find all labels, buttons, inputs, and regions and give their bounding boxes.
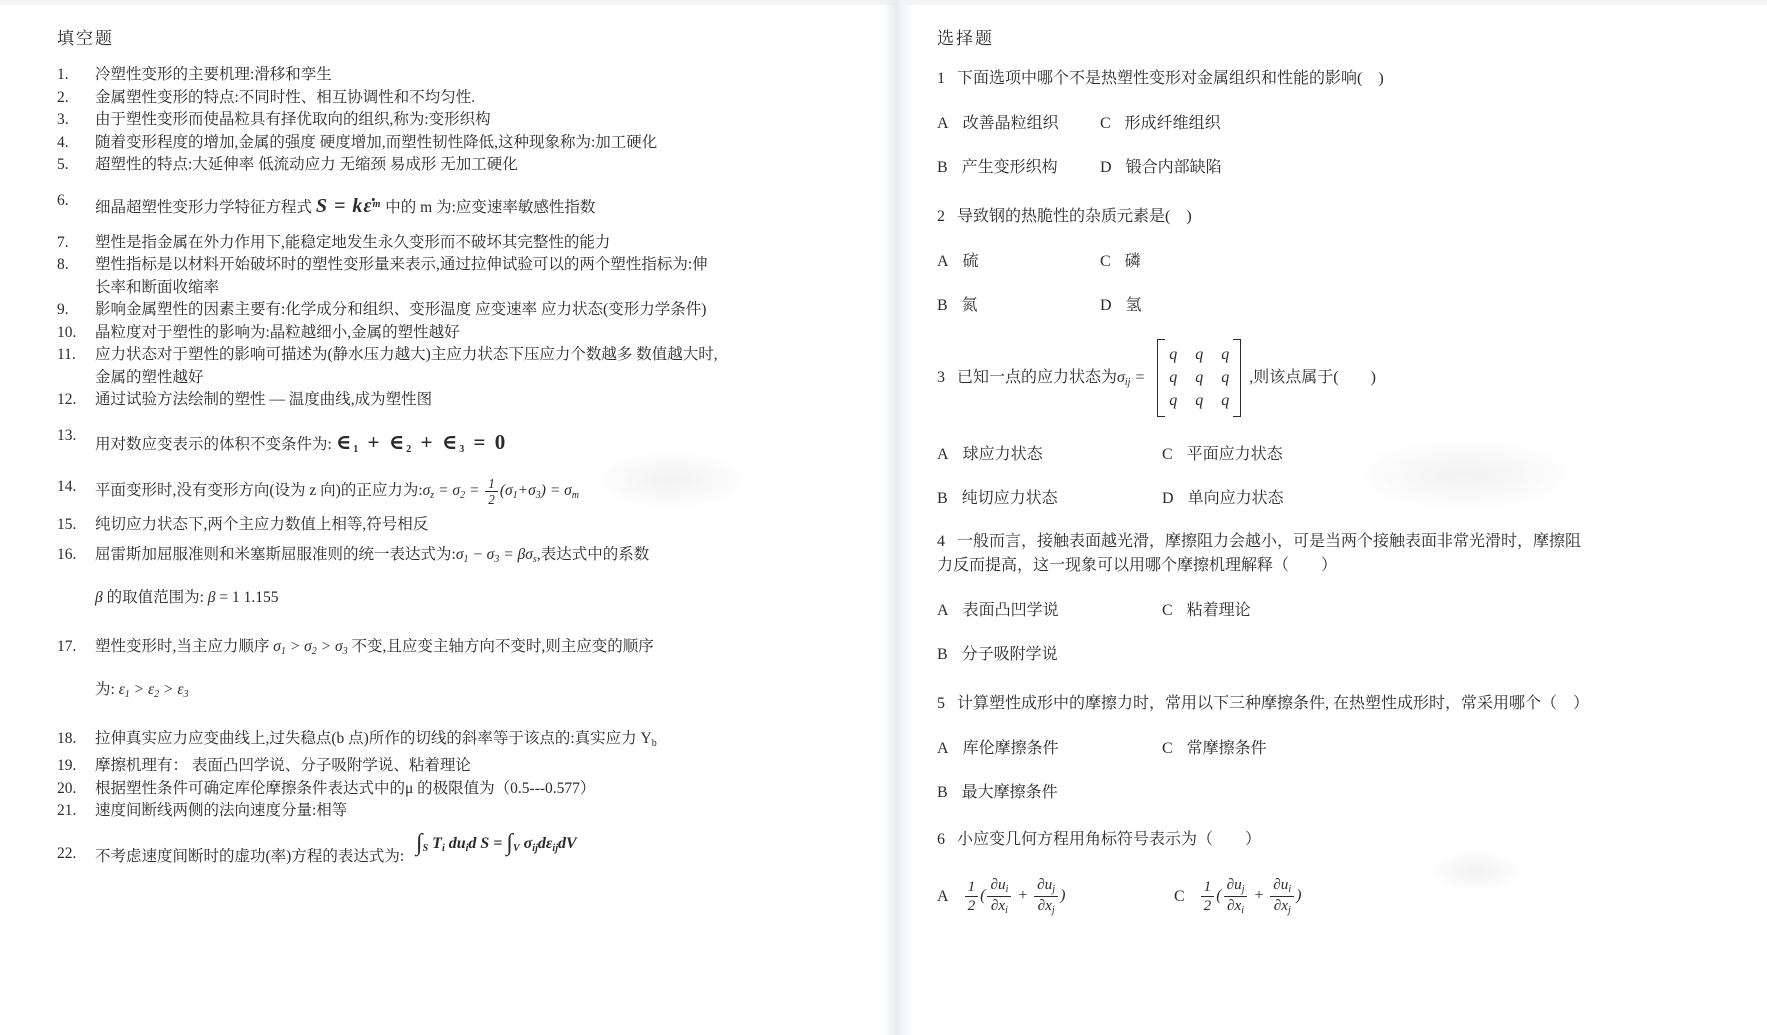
question-text: 已知一点的应力状态为σij = qqqqqqqqq,则该点属于( ) <box>957 369 1376 386</box>
question-text: 小应变几何方程用角标符号表示为（ ） <box>957 831 1261 848</box>
item-text: 摩擦机理有： 表面凸凹学说、分子吸附学说、粘着理论 <box>95 755 719 778</box>
question-item: 1.冷塑性变形的主要机理:滑移和孪生 <box>57 64 884 87</box>
option: B产生变形织构 <box>937 156 1100 179</box>
option: B纯切应力状态 <box>937 487 1162 510</box>
question-block: 4一般而言，接触表面越光滑，摩擦阻力会越小，可是当两个接触表面非常光滑时，摩擦阻… <box>937 530 1767 666</box>
option-text: 单向应力状态 <box>1188 487 1284 510</box>
question-stem: 3已知一点的应力状态为σij = qqqqqqqqq,则该点属于( ) <box>937 339 1585 417</box>
question-block: 6小应变几何方程用角标符号表示为（ ） A12(∂ui∂xi + ∂uj∂xj)… <box>937 828 1767 916</box>
item-text: 用对数应变表示的体积不变条件为: ∈1 + ∈2 + ∈3 = 0 <box>95 425 719 467</box>
item-text: 纯切应力状态下,两个主应力数值上相等,符号相反 <box>95 514 719 537</box>
item-text: 金属塑性变形的特点:不同时性、相互协调性和不均匀性. <box>95 87 719 110</box>
option: B分子吸附学说 <box>937 643 1162 666</box>
item-text: 塑性指标是以材料开始破坏时的塑性变形量来表示,通过拉伸试验可以的两个塑性指标为:… <box>95 254 719 299</box>
item-number: 22. <box>57 843 95 874</box>
question-number: 5 <box>937 695 945 712</box>
option-row: B产生变形织构 D锻合内部缺陷 <box>937 156 1767 179</box>
question-item: 9.影响金属塑性的因素主要有:化学成分和组织、变形温度 应变速率 应力状态(变形… <box>57 299 884 322</box>
option: A表面凸凹学说 <box>937 599 1162 622</box>
option-label: C <box>1100 250 1111 273</box>
item-number: 6. <box>57 190 95 221</box>
option-text: 磷 <box>1125 250 1141 273</box>
question-item: 19.摩擦机理有： 表面凸凹学说、分子吸附学说、粘着理论 <box>57 755 884 778</box>
item-number: 9. <box>57 299 95 322</box>
option-formula: 12(∂ui∂xi + ∂uj∂xj) <box>963 876 1066 916</box>
option-text: 锻合内部缺陷 <box>1126 156 1222 179</box>
item-number: 21. <box>57 800 95 823</box>
option: A改善晶粒组织 <box>937 112 1100 135</box>
item-text: 屈雷斯加屈服准则和米塞斯屈服准则的统一表达式为:σ1 − σ3 = βσs,表达… <box>95 544 719 610</box>
option-row: A硫 C磷 <box>937 250 1767 273</box>
option: D锻合内部缺陷 <box>1100 156 1222 179</box>
item-number: 18. <box>57 728 95 756</box>
question-block: 2导致钢的热脆性的杂质元素是( ) A硫 C磷 B氮 D氢 <box>937 205 1767 317</box>
question-block: 3已知一点的应力状态为σij = qqqqqqqqq,则该点属于( ) A球应力… <box>937 339 1767 510</box>
item-text: 细晶超塑性变形力学特征方程式 S = kε̇m 中的 m 为:应变速率敏感性指数 <box>95 190 719 221</box>
option-text: 氢 <box>1126 294 1142 317</box>
option-text: 粘着理论 <box>1187 599 1251 622</box>
question-stem: 5计算塑性成形中的摩擦力时，常用以下三种摩擦条件, 在热塑性成形时，常采用哪个（… <box>937 692 1585 716</box>
option-text: 平面应力状态 <box>1187 443 1283 466</box>
item-number: 17. <box>57 636 95 707</box>
item-number: 15. <box>57 514 95 537</box>
option-label: C <box>1174 885 1185 908</box>
item-text: 塑性变形时,当主应力顺序 σ1 > σ2 > σ3 不变,且应变主轴方向不变时,… <box>95 636 719 707</box>
item-text: 应力状态对于塑性的影响可描述为(静水压力越大)主应力状态下压应力个数越多 数值越… <box>95 344 719 389</box>
option-label: C <box>1100 112 1111 135</box>
question-item: 3.由于塑性变形而使晶粒具有择优取向的组织,称为:变形织构 <box>57 109 884 132</box>
option-label: C <box>1162 599 1173 622</box>
question-block: 5计算塑性成形中的摩擦力时，常用以下三种摩擦条件, 在热塑性成形时，常采用哪个（… <box>937 692 1767 804</box>
option-formula: 12(∂uj∂xi + ∂ui∂xj) <box>1199 876 1302 916</box>
option-label: A <box>937 250 949 273</box>
question-text: 计算塑性成形中的摩擦力时，常用以下三种摩擦条件, 在热塑性成形时，常采用哪个（ … <box>957 695 1589 712</box>
item-text-continued: 为: ε1 > ε2 > ε3 <box>95 679 719 707</box>
question-item: 8.塑性指标是以材料开始破坏时的塑性变形量来表示,通过拉伸试验可以的两个塑性指标… <box>57 254 884 299</box>
option: C平面应力状态 <box>1162 443 1283 466</box>
option: D单向应力状态 <box>1162 487 1284 510</box>
option-label: C <box>1162 737 1173 760</box>
item-number: 8. <box>57 254 95 299</box>
option-label: D <box>1162 487 1174 510</box>
option-text: 改善晶粒组织 <box>963 112 1059 135</box>
question-item: 15.纯切应力状态下,两个主应力数值上相等,符号相反 <box>57 514 884 537</box>
question-item: 16.屈雷斯加屈服准则和米塞斯屈服准则的统一表达式为:σ1 − σ3 = βσs… <box>57 544 884 610</box>
section-title-fill-blank: 填空题 <box>57 24 884 49</box>
option-text: 形成纤维组织 <box>1125 112 1221 135</box>
question-number: 1 <box>937 70 945 87</box>
item-number: 13. <box>57 425 95 467</box>
option: C磷 <box>1100 250 1141 273</box>
option-text: 常摩擦条件 <box>1187 737 1267 760</box>
option-label: B <box>937 781 948 804</box>
option: C粘着理论 <box>1162 599 1251 622</box>
question-number: 6 <box>937 831 945 848</box>
option-label: B <box>937 156 948 179</box>
item-text: 平面变形时,没有变形方向(设为 z 向)的正应力为:σz = σ2 = 12(σ… <box>95 476 719 508</box>
option: B氮 <box>937 294 1100 317</box>
section-title-multiple-choice: 选择题 <box>937 24 1767 49</box>
question-stem: 6小应变几何方程用角标符号表示为（ ） <box>937 828 1585 852</box>
question-stem: 2导致钢的热脆性的杂质元素是( ) <box>937 205 1585 229</box>
question-number: 2 <box>937 208 945 225</box>
item-number: 11. <box>57 344 95 389</box>
page-divider <box>884 0 914 1035</box>
option-row: B氮 D氢 <box>937 294 1767 317</box>
item-number: 3. <box>57 109 95 132</box>
option-label: B <box>937 487 948 510</box>
option-text: 纯切应力状态 <box>962 487 1058 510</box>
option-label: A <box>937 112 949 135</box>
option-text: 球应力状态 <box>963 443 1043 466</box>
item-text: 速度间断线两侧的法向速度分量:相等 <box>95 800 719 823</box>
item-text-continued: β 的取值范围为: β = 1 1.155 <box>95 587 719 610</box>
option: C12(∂uj∂xi + ∂ui∂xj) <box>1174 876 1302 916</box>
option-row: A改善晶粒组织 C形成纤维组织 <box>937 112 1767 135</box>
option: A12(∂ui∂xi + ∂uj∂xj) <box>937 876 1174 916</box>
option: B最大摩擦条件 <box>937 781 1162 804</box>
stress-matrix: qqqqqqqqq <box>1157 339 1241 417</box>
question-item: 18.拉伸真实应力应变曲线上,过失稳点(b 点)所作的切线的斜率等于该点的:真实… <box>57 728 884 756</box>
option-label: A <box>937 885 949 908</box>
option-text: 表面凸凹学说 <box>963 599 1059 622</box>
item-text: 由于塑性变形而使晶粒具有择优取向的组织,称为:变形织构 <box>95 109 719 132</box>
item-number: 2. <box>57 87 95 110</box>
option-label: B <box>937 294 948 317</box>
question-item: 4.随着变形程度的增加,金属的强度 硬度增加,而塑性韧性降低,这种现象称为:加工… <box>57 132 884 155</box>
question-item: 10.晶粒度对于塑性的影响为:晶粒越细小,金属的塑性越好 <box>57 322 884 345</box>
option-row: B纯切应力状态 D单向应力状态 <box>937 487 1767 510</box>
option: A硫 <box>937 250 1100 273</box>
option: A库伦摩擦条件 <box>937 737 1162 760</box>
item-text: 通过试验方法绘制的塑性 — 温度曲线,成为塑性图 <box>95 389 719 412</box>
question-item: 21.速度间断线两侧的法向速度分量:相等 <box>57 800 884 823</box>
item-number: 12. <box>57 389 95 412</box>
question-item: 17.塑性变形时,当主应力顺序 σ1 > σ2 > σ3 不变,且应变主轴方向不… <box>57 636 884 707</box>
item-text: 拉伸真实应力应变曲线上,过失稳点(b 点)所作的切线的斜率等于该点的:真实应力 … <box>95 728 719 756</box>
item-text: 晶粒度对于塑性的影响为:晶粒越细小,金属的塑性越好 <box>95 322 719 345</box>
item-text: 随着变形程度的增加,金属的强度 硬度增加,而塑性韧性降低,这种现象称为:加工硬化 <box>95 132 719 155</box>
option-text: 分子吸附学说 <box>962 643 1058 666</box>
question-item: 2.金属塑性变形的特点:不同时性、相互协调性和不均匀性. <box>57 87 884 110</box>
item-number: 14. <box>57 476 95 508</box>
option: A球应力状态 <box>937 443 1162 466</box>
question-item: 22.不考虑速度间断时的虚功(率)方程的表达式为: ∫S Ti duid S =… <box>57 843 884 874</box>
question-item: 13.用对数应变表示的体积不变条件为: ∈1 + ∈2 + ∈3 = 0 <box>57 425 884 467</box>
item-number: 10. <box>57 322 95 345</box>
item-number: 19. <box>57 755 95 778</box>
question-item: 7.塑性是指金属在外力作用下,能稳定地发生永久变形而不破坏其完整性的能力 <box>57 232 884 255</box>
item-number: 20. <box>57 778 95 801</box>
option: D氢 <box>1100 294 1142 317</box>
question-item: 14.平面变形时,没有变形方向(设为 z 向)的正应力为:σz = σ2 = 1… <box>57 476 884 508</box>
option-label: B <box>937 643 948 666</box>
item-text: 超塑性的特点:大延伸率 低流动应力 无缩颈 易成形 无加工硬化 <box>95 154 719 177</box>
item-text: 冷塑性变形的主要机理:滑移和孪生 <box>95 64 719 87</box>
page-fill-blank: 填空题 1.冷塑性变形的主要机理:滑移和孪生 2.金属塑性变形的特点:不同时性、… <box>0 0 884 873</box>
question-number: 4 <box>937 533 945 550</box>
question-item: 11.应力状态对于塑性的影响可描述为(静水压力越大)主应力状态下压应力个数越多 … <box>57 344 884 389</box>
option-label: A <box>937 737 949 760</box>
question-number: 3 <box>937 369 945 386</box>
question-item: 20.根据塑性条件可确定库伦摩擦条件表达式中的μ 的极限值为（0.5---0.5… <box>57 778 884 801</box>
option-label: D <box>1100 294 1112 317</box>
option-label: A <box>937 599 949 622</box>
question-block: 1下面选项中哪个不是热塑性变形对金属组织和性能的影响( ) A改善晶粒组织 C形… <box>937 67 1767 179</box>
option-text: 氮 <box>962 294 978 317</box>
question-stem: 1下面选项中哪个不是热塑性变形对金属组织和性能的影响( ) <box>937 67 1585 91</box>
option-row: A库伦摩擦条件 C常摩擦条件 <box>937 737 1767 760</box>
item-number: 5. <box>57 154 95 177</box>
question-text: 一般而言，接触表面越光滑，摩擦阻力会越小，可是当两个接触表面非常光滑时，摩擦阻力… <box>937 533 1581 574</box>
option-row: A表面凸凹学说 C粘着理论 <box>937 599 1767 622</box>
item-number: 1. <box>57 64 95 87</box>
item-text: 塑性是指金属在外力作用下,能稳定地发生永久变形而不破坏其完整性的能力 <box>95 232 719 255</box>
option-row: B最大摩擦条件 <box>937 781 1767 804</box>
option-row: B分子吸附学说 <box>937 643 1767 666</box>
option-label: A <box>937 443 949 466</box>
item-number: 16. <box>57 544 95 610</box>
option-text: 硫 <box>963 250 979 273</box>
item-number: 7. <box>57 232 95 255</box>
option-row: A12(∂ui∂xi + ∂uj∂xj) C12(∂uj∂xi + ∂ui∂xj… <box>937 876 1767 916</box>
option: C形成纤维组织 <box>1100 112 1221 135</box>
item-text: 影响金属塑性的因素主要有:化学成分和组织、变形温度 应变速率 应力状态(变形力学… <box>95 299 719 322</box>
item-number: 4. <box>57 132 95 155</box>
question-stem: 4一般而言，接触表面越光滑，摩擦阻力会越小，可是当两个接触表面非常光滑时，摩擦阻… <box>937 530 1585 578</box>
option-text: 产生变形织构 <box>962 156 1058 179</box>
option-label: D <box>1100 156 1112 179</box>
question-item: 12.通过试验方法绘制的塑性 — 温度曲线,成为塑性图 <box>57 389 884 412</box>
question-text: 导致钢的热脆性的杂质元素是( ) <box>957 208 1192 225</box>
question-text: 下面选项中哪个不是热塑性变形对金属组织和性能的影响( ) <box>957 70 1384 87</box>
item-text: 不考虑速度间断时的虚功(率)方程的表达式为: ∫S Ti duid S = ∫V… <box>95 843 719 874</box>
option: C常摩擦条件 <box>1162 737 1267 760</box>
question-item: 6.细晶超塑性变形力学特征方程式 S = kε̇m 中的 m 为:应变速率敏感性… <box>57 190 884 221</box>
question-item: 5.超塑性的特点:大延伸率 低流动应力 无缩颈 易成形 无加工硬化 <box>57 154 884 177</box>
item-text: 根据塑性条件可确定库伦摩擦条件表达式中的μ 的极限值为（0.5---0.577） <box>95 778 719 801</box>
option-row: A球应力状态 C平面应力状态 <box>937 443 1767 466</box>
fill-blank-list: 1.冷塑性变形的主要机理:滑移和孪生 2.金属塑性变形的特点:不同时性、相互协调… <box>57 64 884 873</box>
option-text: 库伦摩擦条件 <box>963 737 1059 760</box>
option-text: 最大摩擦条件 <box>962 781 1058 804</box>
page-multiple-choice: 选择题 1下面选项中哪个不是热塑性变形对金属组织和性能的影响( ) A改善晶粒组… <box>912 0 1767 916</box>
option-label: C <box>1162 443 1173 466</box>
